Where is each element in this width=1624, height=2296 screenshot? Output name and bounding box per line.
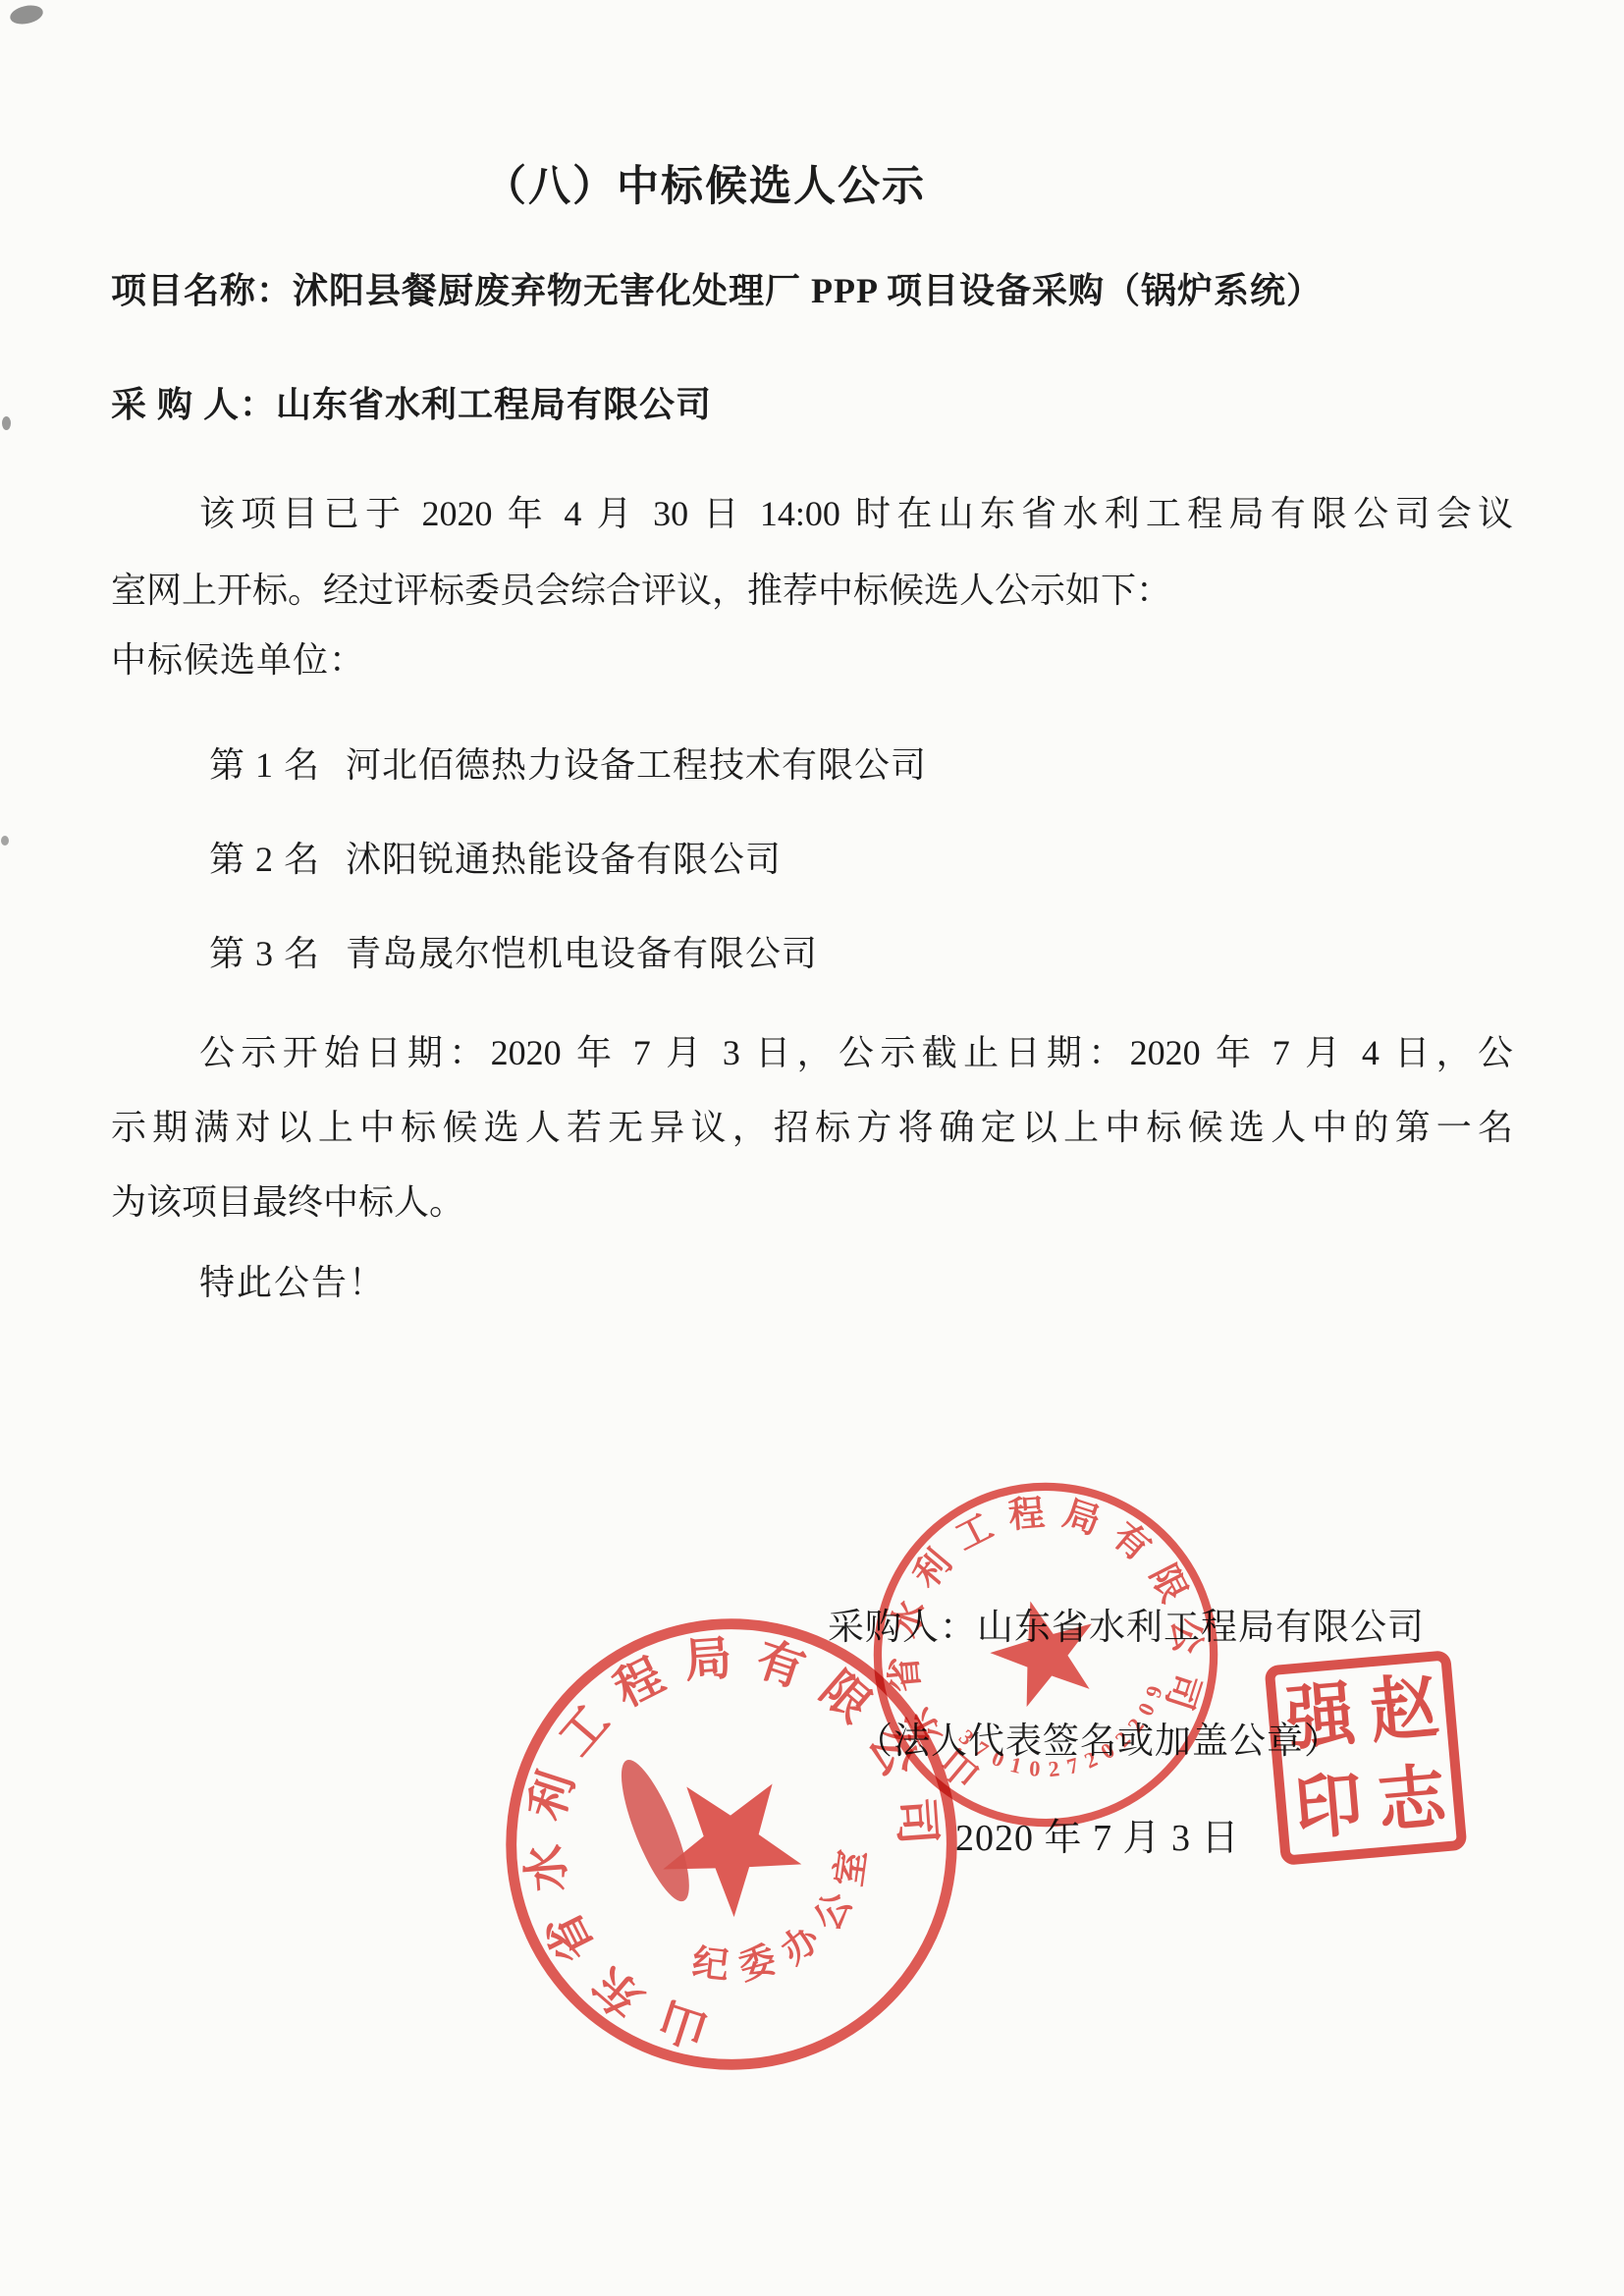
seal-char: 赵: [1367, 1671, 1440, 1747]
paragraph-line: 室网上开标。经过评标委员会综合评议，推荐中标候选人公示如下：: [111, 552, 1513, 629]
paragraph-line: 公示开始日期：2020 年 7 月 3 日，公示截止日期：2020 年 7 月 …: [111, 1015, 1513, 1090]
publicity-paragraph: 公示开始日期：2020 年 7 月 3 日，公示截止日期：2020 年 7 月 …: [111, 1015, 1513, 1239]
closing-statement: 特此公告！: [199, 1255, 386, 1305]
opening-paragraph: 该项目已于 2020 年 4 月 30 日 14:00 时在山东省水利工程局有限…: [111, 475, 1513, 629]
buyer-line: 采 购 人：山东省水利工程局有限公司: [111, 377, 712, 427]
scan-speck: [2, 416, 11, 430]
candidate-rank: 第 2 名: [209, 840, 320, 879]
candidate-name: 沭阳锐通热能设备有限公司: [346, 840, 782, 879]
project-name-value: 沭阳县餐厨废弃物无害化处理厂 PPP 项目设备采购（锅炉系统）: [293, 271, 1323, 310]
candidate-rank: 第 1 名: [209, 745, 320, 785]
project-name-line: 项目名称：沭阳县餐厨废弃物无害化处理厂 PPP 项目设备采购（锅炉系统）: [111, 263, 1323, 313]
project-name-label: 项目名称：: [111, 271, 293, 310]
seal-char: 印: [1291, 1769, 1365, 1844]
candidate-name: 青岛晟尔恺机电设备有限公司: [346, 934, 818, 973]
paragraph-line: 为该项目最终中标人。: [111, 1165, 1513, 1239]
paragraph-line: 示期满对以上中标候选人若无异议，招标方将确定以上中标候选人中的第一名: [111, 1090, 1513, 1165]
buyer-value: 山东省水利工程局有限公司: [276, 385, 712, 424]
candidate-row-3: 第 3 名青岛晟尔恺机电设备有限公司: [209, 926, 818, 976]
ink-smudge: [609, 1753, 702, 1908]
document-title: （八）中标候选人公示: [484, 153, 926, 213]
document-page: （八）中标候选人公示 项目名称：沭阳县餐厨废弃物无害化处理厂 PPP 项目设备采…: [0, 0, 1624, 2296]
candidate-row-2: 第 2 名沭阳锐通热能设备有限公司: [209, 832, 782, 882]
scan-speck: [1, 836, 9, 846]
seal-char: 强: [1283, 1678, 1357, 1754]
candidate-row-1: 第 1 名河北佰德热力设备工程技术有限公司: [209, 738, 927, 788]
seal-char: 志: [1375, 1761, 1448, 1836]
candidates-heading: 中标候选单位：: [111, 632, 365, 683]
personal-name-seal-icon: 强 赵 印 志: [1264, 1650, 1467, 1866]
scan-smudge: [9, 3, 45, 27]
candidate-name: 河北佰德热力设备工程技术有限公司: [346, 745, 927, 785]
paragraph-line: 该项目已于 2020 年 4 月 30 日 14:00 时在山东省水利工程局有限…: [111, 475, 1513, 552]
buyer-label: 采 购 人：: [111, 385, 276, 424]
star-icon: [980, 1587, 1110, 1713]
candidate-rank: 第 3 名: [209, 934, 320, 973]
